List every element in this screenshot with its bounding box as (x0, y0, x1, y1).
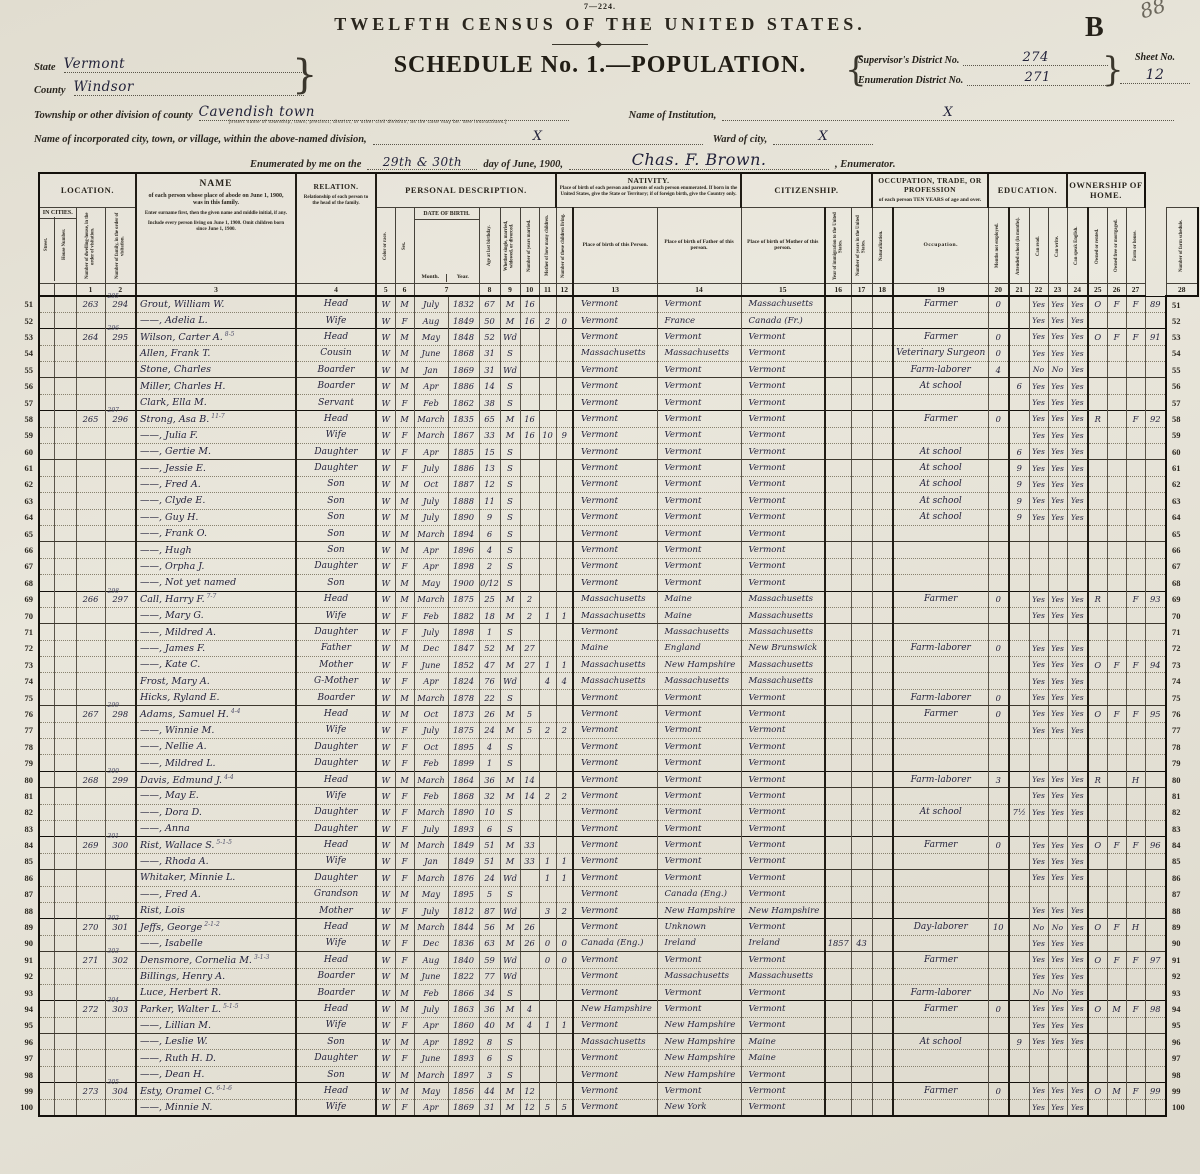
cell-house (54, 837, 76, 853)
cell-imm (825, 984, 851, 1000)
cell-imm (825, 411, 851, 427)
cell-nat (872, 821, 893, 837)
pencil-tally: 5-1-5 (223, 1003, 239, 1010)
cell-fsch (1145, 870, 1166, 886)
cell-dw (76, 935, 105, 951)
cell-fh (1126, 1066, 1145, 1082)
cell-wr: Yes (1048, 509, 1067, 525)
cell-year: 1849 (448, 853, 479, 869)
cell-mar: M (500, 853, 520, 869)
cell-wr (1048, 755, 1067, 771)
cell-cb (539, 362, 556, 378)
cell-name: ——, Winnie M. (136, 722, 296, 738)
cell-en: Yes (1067, 706, 1088, 722)
cell-own (1088, 345, 1107, 361)
cell-sex: M (395, 771, 414, 787)
cell-nat (872, 706, 893, 722)
cell-bp: Vermont (573, 444, 657, 460)
cell-dw (76, 673, 105, 689)
cell-cl: 5 (556, 1099, 573, 1115)
cell-year: 1873 (448, 706, 479, 722)
cell-year: 1894 (448, 525, 479, 541)
col-years-in-us-header: Number of years in the United States. (851, 207, 872, 283)
cell-color: W (376, 870, 395, 886)
cell-cl (556, 378, 573, 394)
column-number (39, 283, 54, 296)
census-row: 76267299298Adams, Samuel H.4-4HeadWMOct1… (1, 706, 1198, 722)
cell-bpm: Vermont (741, 1083, 825, 1099)
row-number-right: 59 (1166, 427, 1198, 443)
cell-sex: M (395, 1034, 414, 1050)
cell-wr: Yes (1048, 722, 1067, 738)
cell-fm (1107, 558, 1126, 574)
cell-en (1067, 755, 1088, 771)
cell-yus (851, 411, 872, 427)
state-value: Vermont (64, 56, 304, 73)
cell-house (54, 411, 76, 427)
row-number-right: 54 (1166, 345, 1198, 361)
cell-mar: Wd (500, 329, 520, 345)
cell-fh: F (1126, 657, 1145, 673)
row-number-right: 85 (1166, 853, 1198, 869)
cell-bp: Vermont (573, 558, 657, 574)
cell-color: W (376, 296, 395, 312)
column-number: 6 (395, 283, 414, 296)
cell-color: W (376, 1017, 395, 1033)
cell-occ: At school (893, 444, 988, 460)
census-row: 94272304303Parker, Walter L.5-1-5HeadWMJ… (1, 1001, 1198, 1017)
row-number-left: 65 (1, 525, 39, 541)
cell-fam (105, 640, 136, 656)
cell-fm (1107, 853, 1126, 869)
cell-street (39, 952, 54, 968)
cell-year: 1893 (448, 1050, 479, 1066)
cell-fsch (1145, 476, 1166, 492)
cell-fm (1107, 493, 1126, 509)
cell-bpf: Vermont (657, 362, 741, 378)
cell-ym (520, 886, 539, 902)
cell-rel: Father (296, 640, 376, 656)
cell-fh: F (1126, 837, 1145, 853)
col-date-of-birth-header: DATE OF BIRTH. Month. Year. (414, 207, 479, 283)
cell-wr: Yes (1048, 837, 1067, 853)
cell-cl: 1 (556, 657, 573, 673)
cell-bpm: Vermont (741, 558, 825, 574)
cell-year: 1875 (448, 591, 479, 607)
cell-bp: Vermont (573, 689, 657, 705)
cell-bp: Vermont (573, 821, 657, 837)
cell-month: June (414, 345, 448, 361)
cell-yus (851, 1034, 872, 1050)
cell-age: 31 (479, 362, 500, 378)
cell-cb (539, 919, 556, 935)
cell-fam (105, 673, 136, 689)
cell-rd (1029, 575, 1048, 591)
cell-cl (556, 509, 573, 525)
cell-ym: 5 (520, 706, 539, 722)
cell-rel: Daughter (296, 1050, 376, 1066)
cell-rd: Yes (1029, 427, 1048, 443)
cell-fam: 297296 (105, 411, 136, 427)
cell-fh (1126, 378, 1145, 394)
cell-rel: Boarder (296, 984, 376, 1000)
cell-sch (1009, 1050, 1029, 1066)
cell-bp: Massachusetts (573, 607, 657, 623)
cell-fm (1107, 984, 1126, 1000)
cell-dw: 263 (76, 296, 105, 312)
cell-fh (1126, 755, 1145, 771)
cell-bpf: New Hampshire (657, 1066, 741, 1082)
cell-street (39, 673, 54, 689)
cell-bpm: Vermont (741, 542, 825, 558)
cell-nat (872, 575, 893, 591)
cell-color: W (376, 886, 395, 902)
cell-yus (851, 837, 872, 853)
cell-cb: 0 (539, 952, 556, 968)
cell-nat (872, 984, 893, 1000)
cell-rd: Yes (1029, 706, 1048, 722)
cell-mne: 0 (988, 1083, 1009, 1099)
cell-house (54, 558, 76, 574)
cell-mar: S (500, 1034, 520, 1050)
cell-mne (988, 853, 1009, 869)
cell-bpf: Massachusetts (657, 968, 741, 984)
cell-yus (851, 607, 872, 623)
row-number-right: 72 (1166, 640, 1198, 656)
cell-bpf: Vermont (657, 378, 741, 394)
cell-yus (851, 427, 872, 443)
cell-fsch (1145, 919, 1166, 935)
cell-house (54, 689, 76, 705)
cell-month: Dec (414, 640, 448, 656)
cell-own (1088, 640, 1107, 656)
form-header: 7—224. TWELFTH CENSUS OF THE UNITED STAT… (0, 0, 1200, 172)
row-number-right: 95 (1166, 1017, 1198, 1033)
row-number-left: 79 (1, 755, 39, 771)
cell-sex: M (395, 362, 414, 378)
cell-bpf: Vermont (657, 706, 741, 722)
cell-house (54, 329, 76, 345)
cell-fam (105, 657, 136, 673)
cell-fm (1107, 902, 1126, 918)
cell-own: O (1088, 706, 1107, 722)
cell-year: 1895 (448, 886, 479, 902)
column-number: 12 (556, 283, 573, 296)
cell-yus (851, 345, 872, 361)
cell-occ (893, 722, 988, 738)
cell-yus (851, 722, 872, 738)
row-number-left: 75 (1, 689, 39, 705)
cell-age: 38 (479, 394, 500, 410)
cell-occ: Farmer (893, 1001, 988, 1017)
cell-bpm: Canada (Fr.) (741, 312, 825, 328)
cell-mar: M (500, 788, 520, 804)
cell-fh (1126, 575, 1145, 591)
cell-own (1088, 673, 1107, 689)
cell-cl (556, 706, 573, 722)
cell-dw (76, 362, 105, 378)
cell-rd: Yes (1029, 1034, 1048, 1050)
column-number: 18 (872, 283, 893, 296)
cell-street (39, 1001, 54, 1017)
cell-bp: Vermont (573, 509, 657, 525)
col-mother-children-header: Mother of how many children. (539, 207, 556, 283)
cell-rel: Boarder (296, 689, 376, 705)
cell-bp: Massachusetts (573, 673, 657, 689)
row-number-right: 66 (1166, 542, 1198, 558)
cell-month: Feb (414, 607, 448, 623)
cell-bpm: Massachusetts (741, 673, 825, 689)
cell-wr (1048, 821, 1067, 837)
cell-sex: F (395, 624, 414, 640)
cell-sex: M (395, 509, 414, 525)
cell-rel: Son (296, 542, 376, 558)
cell-en: Yes (1067, 837, 1088, 853)
cell-fh (1126, 558, 1145, 574)
cell-fh: F (1126, 411, 1145, 427)
cell-dw (76, 1034, 105, 1050)
cell-nat (872, 1017, 893, 1033)
cell-sch (1009, 755, 1029, 771)
cell-sch (1009, 968, 1029, 984)
cell-imm (825, 902, 851, 918)
cell-color: W (376, 591, 395, 607)
cell-bp: Vermont (573, 624, 657, 640)
cell-nat (872, 1099, 893, 1115)
cell-bpm: New Brunswick (741, 640, 825, 656)
cell-en: Yes (1067, 296, 1088, 312)
cell-bpf: Vermont (657, 575, 741, 591)
cell-house (54, 476, 76, 492)
cell-wr: Yes (1048, 1017, 1067, 1033)
cell-house (54, 362, 76, 378)
cell-fm: F (1107, 952, 1126, 968)
cell-rd (1029, 1066, 1048, 1082)
cell-age: 2 (479, 558, 500, 574)
cell-rel: Wife (296, 427, 376, 443)
cell-imm (825, 1050, 851, 1066)
cell-en: Yes (1067, 689, 1088, 705)
cell-color: W (376, 804, 395, 820)
row-number-right: 86 (1166, 870, 1198, 886)
cell-bpm: Vermont (741, 378, 825, 394)
cell-imm (825, 378, 851, 394)
cell-month: Aug (414, 952, 448, 968)
census-title: TWELFTH CENSUS OF THE UNITED STATES. (0, 14, 1200, 35)
census-row: 99273305304Esty, Oramel C.6-1-6HeadWMMay… (1, 1083, 1198, 1099)
cell-bpm: Vermont (741, 722, 825, 738)
cell-en: Yes (1067, 460, 1088, 476)
cell-fm (1107, 1050, 1126, 1066)
cell-nat (872, 427, 893, 443)
cell-rd: Yes (1029, 509, 1048, 525)
cell-fm (1107, 788, 1126, 804)
cell-year: 1876 (448, 870, 479, 886)
cell-bp: Vermont (573, 394, 657, 410)
cell-own (1088, 624, 1107, 640)
cell-street (39, 575, 54, 591)
cell-own (1088, 689, 1107, 705)
column-number: 9 (500, 283, 520, 296)
cell-mar: S (500, 493, 520, 509)
cell-mne (988, 444, 1009, 460)
cell-sch (1009, 722, 1029, 738)
cell-fm (1107, 771, 1126, 787)
cell-year: 1900 (448, 575, 479, 591)
cell-color: W (376, 444, 395, 460)
cell-fh: H (1126, 771, 1145, 787)
cell-mar: S (500, 739, 520, 755)
cell-house (54, 394, 76, 410)
column-number: 20 (988, 283, 1009, 296)
cell-fh (1126, 1099, 1145, 1115)
cell-en: Yes (1067, 771, 1088, 787)
cell-fh (1126, 853, 1145, 869)
cell-own (1088, 1050, 1107, 1066)
cell-month: June (414, 968, 448, 984)
census-row: 82——, Dora D.DaughterWFMarch189010SVermo… (1, 804, 1198, 820)
census-row: 62——, Fred A.SonWMOct188712SVermontVermo… (1, 476, 1198, 492)
cell-cb (539, 591, 556, 607)
cell-own (1088, 804, 1107, 820)
cell-rel: Daughter (296, 460, 376, 476)
cell-fam (105, 525, 136, 541)
cell-name: ——, Mary G. (136, 607, 296, 623)
cell-color: W (376, 312, 395, 328)
cell-name: Grout, William W. (136, 296, 296, 312)
cell-house (54, 919, 76, 935)
cell-house (54, 444, 76, 460)
cell-en (1067, 558, 1088, 574)
cell-nat (872, 362, 893, 378)
cell-street (39, 460, 54, 476)
cell-sex: F (395, 788, 414, 804)
cell-color: W (376, 1050, 395, 1066)
cell-fh (1126, 722, 1145, 738)
cell-yus: 43 (851, 935, 872, 951)
cell-en: Yes (1067, 1017, 1088, 1033)
cell-rel: G-Mother (296, 673, 376, 689)
cell-street (39, 1034, 54, 1050)
cell-bpf: Vermont (657, 689, 741, 705)
cell-bpm: Vermont (741, 706, 825, 722)
dob-month-label: Month. (415, 274, 448, 282)
cell-color: W (376, 558, 395, 574)
cell-fam (105, 444, 136, 460)
cell-mne (988, 1034, 1009, 1050)
cell-imm (825, 575, 851, 591)
cell-age: 40 (479, 1017, 500, 1033)
census-row: 90——, IsabelleWifeWFDec183663M2600Canada… (1, 935, 1198, 951)
cell-mar: M (500, 1001, 520, 1017)
cell-cb (539, 624, 556, 640)
cell-fh (1126, 902, 1145, 918)
cell-street (39, 394, 54, 410)
col-naturalization-header: Naturalization. (872, 207, 893, 283)
cell-en: Yes (1067, 312, 1088, 328)
cell-rd: Yes (1029, 607, 1048, 623)
cell-sch (1009, 788, 1029, 804)
cell-rel: Wife (296, 788, 376, 804)
cell-ym (520, 460, 539, 476)
cell-year: 1862 (448, 394, 479, 410)
cell-cb (539, 968, 556, 984)
cell-age: 56 (479, 919, 500, 935)
cell-dw (76, 722, 105, 738)
cell-cb (539, 509, 556, 525)
cell-color: W (376, 476, 395, 492)
cell-fsch (1145, 493, 1166, 509)
group-citizenship: CITIZENSHIP. (741, 173, 872, 207)
row-number-right: 60 (1166, 444, 1198, 460)
district-block: Supervisor's District No. 274 Enumeratio… (858, 50, 1108, 90)
cell-age: 59 (479, 952, 500, 968)
cell-sch: 9 (1009, 460, 1029, 476)
cell-year: 1868 (448, 345, 479, 361)
row-number-right: 70 (1166, 607, 1198, 623)
cell-bpf: Vermont (657, 444, 741, 460)
cell-street (39, 411, 54, 427)
cell-year: 1898 (448, 624, 479, 640)
cell-name: Billings, Henry A. (136, 968, 296, 984)
cell-mne: 0 (988, 591, 1009, 607)
col-can-write-header: Can write. (1048, 207, 1067, 283)
cell-dw (76, 640, 105, 656)
cell-nat (872, 1083, 893, 1099)
row-number-left: 59 (1, 427, 39, 443)
census-row: 83——, AnnaDaughterWFJuly18936SVermontVer… (1, 821, 1198, 837)
cell-nat (872, 624, 893, 640)
row-number-left: 55 (1, 362, 39, 378)
cell-rel: Boarder (296, 968, 376, 984)
census-row: 73——, Kate C.MotherWFJune185247M2711Mass… (1, 657, 1198, 673)
cell-name: ——, Mildred L. (136, 755, 296, 771)
cell-yus (851, 362, 872, 378)
cell-house (54, 591, 76, 607)
cell-en (1067, 1066, 1088, 1082)
cell-house (54, 1099, 76, 1115)
row-number-right: 63 (1166, 493, 1198, 509)
row-number-right: 100 (1166, 1099, 1198, 1115)
cell-fh: F (1126, 329, 1145, 345)
cell-mar: M (500, 411, 520, 427)
column-number (54, 283, 76, 296)
cell-street (39, 444, 54, 460)
cell-occ (893, 1099, 988, 1115)
cell-month: March (414, 591, 448, 607)
cell-street (39, 689, 54, 705)
cell-imm (825, 804, 851, 820)
col-can-speak-english-header: Can speak English. (1067, 207, 1088, 283)
row-number-right: 90 (1166, 935, 1198, 951)
cell-ym (520, 345, 539, 361)
cell-mar: Wd (500, 952, 520, 968)
cell-age: 1 (479, 624, 500, 640)
cell-imm (825, 722, 851, 738)
row-number-right: 83 (1166, 821, 1198, 837)
census-row: 51263295294Grout, William W.HeadWMJuly18… (1, 296, 1198, 312)
cell-rel: Head (296, 1083, 376, 1099)
cell-imm (825, 968, 851, 984)
cell-age: 67 (479, 296, 500, 312)
cell-ym (520, 329, 539, 345)
cell-rd: Yes (1029, 312, 1048, 328)
column-number-row: 1234567891011121314151617181920212223242… (1, 283, 1198, 296)
cell-mne: 10 (988, 919, 1009, 935)
cell-house (54, 853, 76, 869)
cell-en: Yes (1067, 394, 1088, 410)
cell-street (39, 509, 54, 525)
